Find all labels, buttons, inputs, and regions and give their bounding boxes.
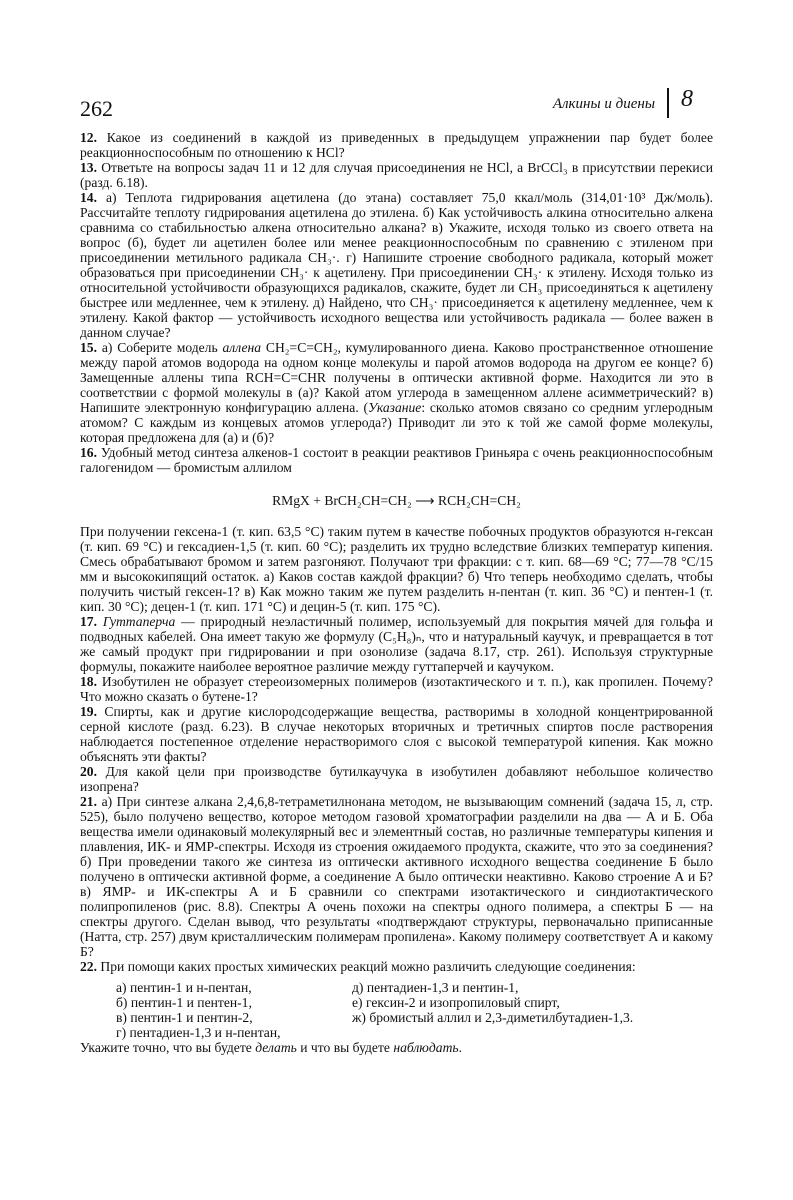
option-empty — [352, 1025, 712, 1040]
page-number: 262 — [80, 96, 113, 122]
problem-16: 16. Удобный метод синтеза алкенов-1 сост… — [80, 445, 713, 475]
option-b: б) пентин-1 и пентен-1, — [116, 995, 352, 1010]
header-divider — [667, 88, 669, 118]
page-header: 262 Алкины и диены 8 — [80, 88, 713, 124]
problem-16-continued: При получении гексена-1 (т. кип. 63,5 °С… — [80, 524, 713, 614]
problem-17: 17. Гуттаперча — природный неэластичный … — [80, 614, 713, 674]
running-title: Алкины и диены — [553, 96, 655, 113]
problem-18: 18. Изобутилен не образует стереоизомерн… — [80, 674, 713, 704]
problem-15: 15. а) Соберите модель аллена CH₂=C=CH₂,… — [80, 340, 713, 445]
problem-21: 21. а) При синтезе алкана 2,4,6,8-тетрам… — [80, 794, 713, 959]
problem-22: 22. При помощи каких простых химических … — [80, 959, 713, 974]
option-d: д) пентадиен-1,3 и пентин-1, — [352, 980, 712, 995]
problem-13: 13. Ответьте на вопросы задач 11 и 12 дл… — [80, 160, 713, 190]
option-e: е) гексин-2 и изопропиловый спирт, — [352, 995, 712, 1010]
problem-20: 20. Для какой цели при производстве бути… — [80, 764, 713, 794]
page-body: 12. Какое из соединений в каждой из прив… — [80, 130, 713, 1055]
problem-14: 14. а) Теплота гидрирования ацетилена (д… — [80, 190, 713, 340]
option-v: в) пентин-1 и пентин-2, — [116, 1010, 352, 1025]
problem-22-options: а) пентин-1 и н-пентан, д) пентадиен-1,3… — [116, 980, 713, 1040]
reaction-equation: RMgX + BrCH₂CH=CH₂ ⟶ RCH₂CH=CH₂ — [80, 493, 713, 508]
problem-19: 19. Спирты, как и другие кислородсодержа… — [80, 704, 713, 764]
option-zh: ж) бромистый аллил и 2,3-диметилбутадиен… — [352, 1010, 712, 1025]
option-g: г) пентадиен-1,3 и н-пентан, — [116, 1025, 352, 1040]
problem-22-instruction: Укажите точно, что вы будете делать и чт… — [80, 1040, 713, 1055]
chapter-number: 8 — [681, 86, 693, 113]
option-a: а) пентин-1 и н-пентан, — [116, 980, 352, 995]
problem-12: 12. Какое из соединений в каждой из прив… — [80, 130, 713, 160]
